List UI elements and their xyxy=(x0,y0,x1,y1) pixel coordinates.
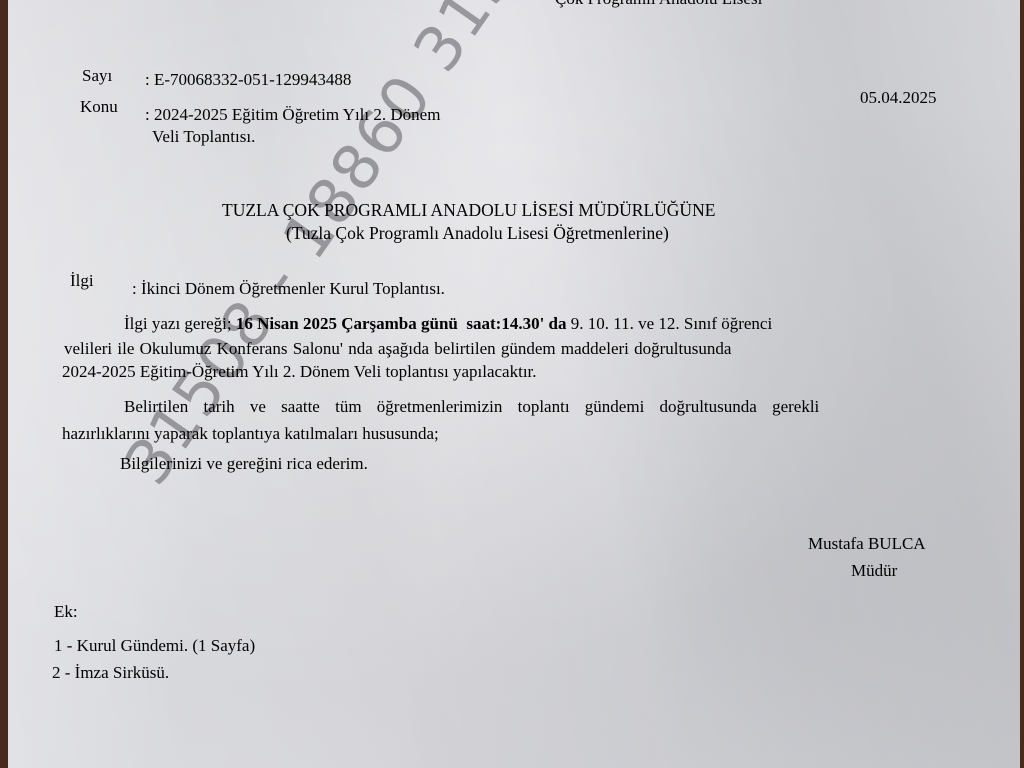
konu-value-line2: Veli Toplantısı. xyxy=(152,128,255,145)
addressee-line2: (Tuzla Çok Programlı Anadolu Lisesi Öğre… xyxy=(286,225,669,243)
sayi-label: Sayı xyxy=(82,67,112,84)
attachment-item: 1 - Kurul Gündemi. (1 Sayfa) xyxy=(54,637,255,654)
body-p1-line3: 2024-2025 Eğitim-Öğretim Yılı 2. Dönem V… xyxy=(62,363,537,380)
document-photo: 31508 - 18860 31508 - 18860 Çok Programl… xyxy=(0,0,1024,768)
document-date: 05.04.2025 xyxy=(860,89,937,106)
konu-value-line1: : 2024-2025 Eğitim Öğretim Yılı 2. Dönem xyxy=(145,106,440,123)
attachments-label: Ek: xyxy=(54,603,78,620)
konu-label: Konu xyxy=(80,98,118,115)
body-p2-line1: Belirtilen tarih ve saatte tüm öğretmenl… xyxy=(124,398,819,415)
signature-name: Mustafa BULCA xyxy=(808,535,926,552)
ilgi-value: : İkinci Dönem Öğretmenler Kurul Toplant… xyxy=(132,280,445,297)
signature-title: Müdür xyxy=(851,562,897,579)
body-p3: Bilgilerinizi ve gereğini rica ederim. xyxy=(120,455,368,472)
header-fragment: Çok Programlı Anadolu Lisesi xyxy=(555,0,762,7)
body-p2-line2: hazırlıklarını yaparak toplantıya katılm… xyxy=(62,425,439,442)
body-p1-intro: İlgi yazı gereği; xyxy=(124,314,232,333)
body-p1-date: 16 Nisan 2025 Çarşamba günü xyxy=(236,314,458,333)
body-p1-line2: velileri ile Okulumuz Konferans Salonu' … xyxy=(64,340,731,357)
body-p1-time: saat:14.30' da xyxy=(466,314,566,333)
sayi-value: : E-70068332-051-129943488 xyxy=(145,71,351,88)
ilgi-label: İlgi xyxy=(70,272,94,289)
body-p1-line1: İlgi yazı gereği; 16 Nisan 2025 Çarşamba… xyxy=(124,315,772,332)
addressee-line1: TUZLA ÇOK PROGRAMLI ANADOLU LİSESİ MÜDÜR… xyxy=(222,202,715,220)
attachment-item: 2 - İmza Sirküsü. xyxy=(52,664,169,681)
body-p1-rest: 9. 10. 11. ve 12. Sınıf öğrenci xyxy=(571,314,772,333)
